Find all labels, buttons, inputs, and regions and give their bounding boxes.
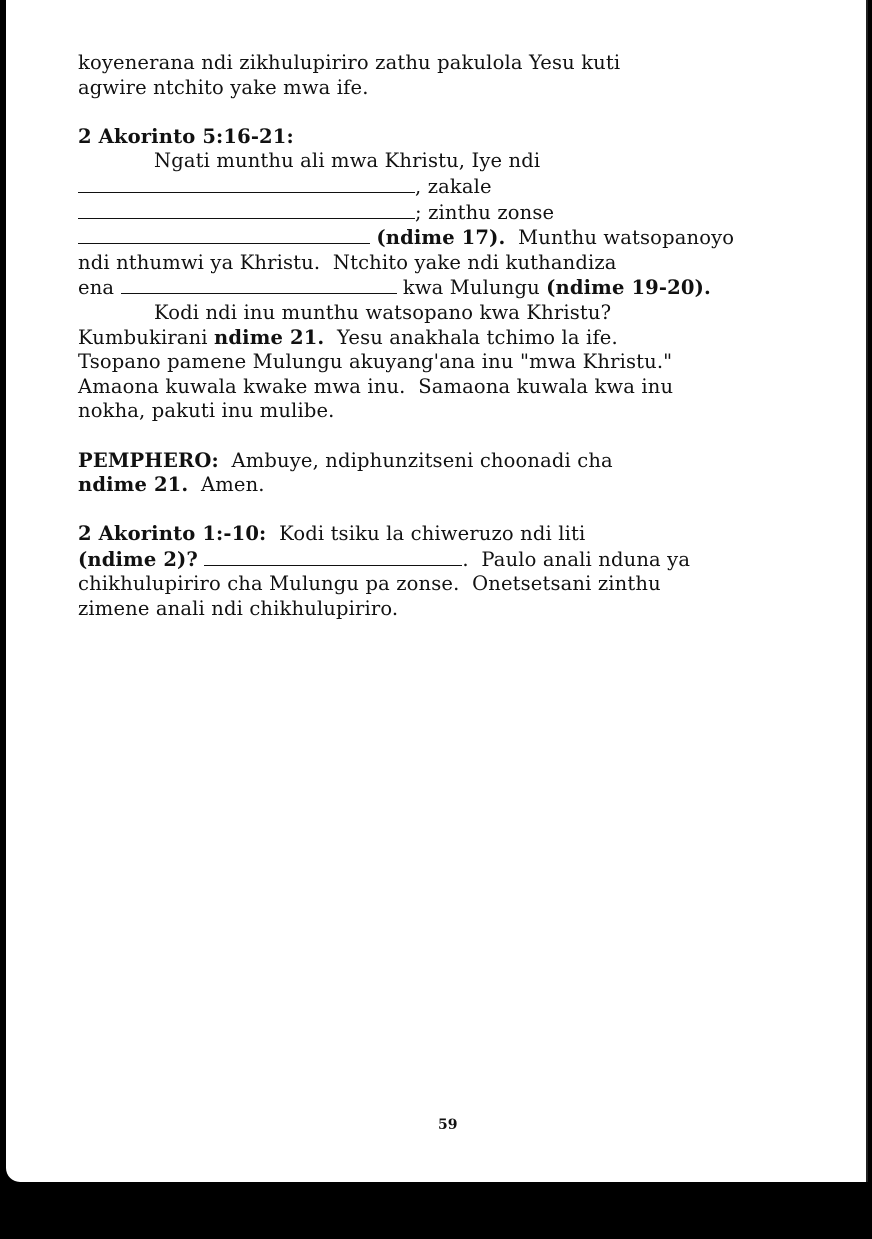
text-line: ena kwa Mulungu (ndime 19-20). [78, 275, 818, 301]
text-line: Kodi ndi inu munthu watsopano kwa Khrist… [78, 301, 818, 326]
fill-blank[interactable] [78, 174, 415, 193]
text-line: 2 Akorinto 1:-10: Kodi tsiku la chiweruz… [78, 522, 818, 547]
text-line: Amaona kuwala kwake mwa inu. Samaona kuw… [78, 375, 818, 400]
text-line: Tsopano pamene Mulungu akuyang'ana inu "… [78, 350, 818, 375]
text-line: (ndime 2)? . Paulo anali nduna ya [78, 547, 818, 573]
text-line: nokha, pakuti inu mulibe. [78, 399, 818, 424]
fill-blank[interactable] [204, 547, 462, 566]
intro-line: agwire ntchito yake mwa ife. [78, 76, 818, 101]
document-page: koyenerana ndi zikhulupiriro zathu pakul… [6, 0, 868, 1182]
prayer-line: PEMPHERO: Ambuye, ndiphunzitseni choonad… [78, 449, 818, 474]
prayer-label: PEMPHERO: [78, 449, 219, 472]
text-line: (ndime 17). Munthu watsopanoyo [78, 225, 818, 251]
section-heading: 2 Akorinto 5:16-21: [78, 125, 818, 150]
section-heading: 2 Akorinto 1:-10: [78, 522, 266, 545]
prayer-line: ndime 21. Amen. [78, 473, 818, 498]
text-line: ndi nthumwi ya Khristu. Ntchito yake ndi… [78, 251, 818, 276]
fill-blank[interactable] [121, 275, 397, 294]
text-line: , zakale [78, 174, 818, 200]
text-line: ; zinthu zonse [78, 200, 818, 226]
page-number: 59 [438, 1117, 457, 1133]
fill-blank[interactable] [78, 200, 415, 219]
page-content: koyenerana ndi zikhulupiriro zathu pakul… [78, 51, 818, 622]
text-line: Ngati munthu ali mwa Khristu, Iye ndi [78, 149, 818, 174]
fill-blank[interactable] [78, 225, 370, 244]
text-line: chikhulupiriro cha Mulungu pa zonse. One… [78, 572, 818, 597]
text-line: zimene anali ndi chikhulupiriro. [78, 597, 818, 622]
text-line: Kumbukirani ndime 21. Yesu anakhala tchi… [78, 326, 818, 351]
intro-line: koyenerana ndi zikhulupiriro zathu pakul… [78, 51, 818, 76]
